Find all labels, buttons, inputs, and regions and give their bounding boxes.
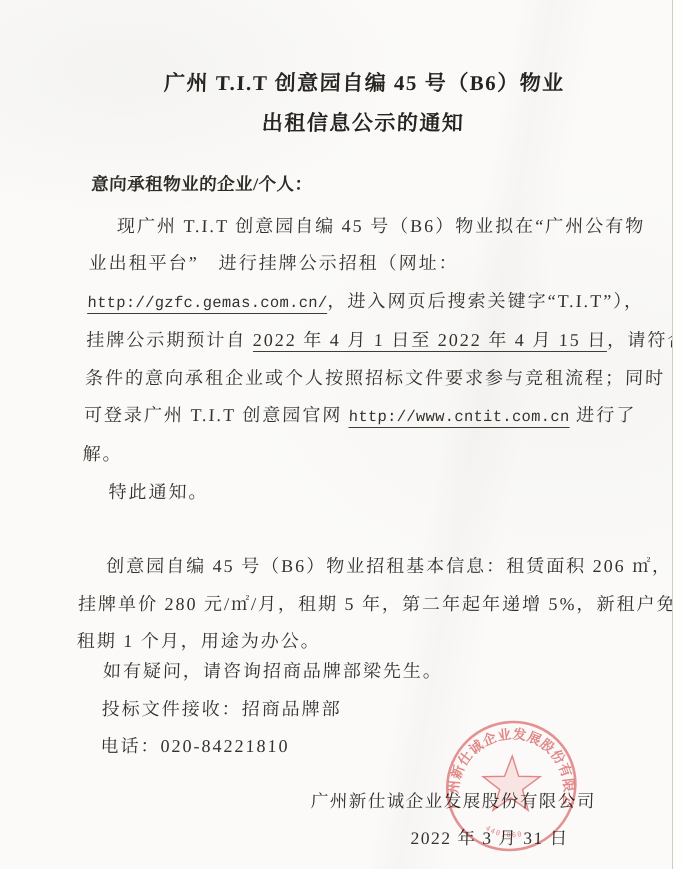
document-title-line-1: 广州 T.I.T 创意园自编 45 号（B6）物业 — [94, 68, 635, 98]
document-title-line-2: 出租信息公示的通知 — [93, 108, 634, 138]
text-segment: ，请符合 — [607, 330, 682, 350]
text-line: http://gzfc.gemas.com.cn/，进入网页后搜索关键字“T.I… — [87, 283, 628, 322]
text-line: 创意园自编 45 号（B6）物业招租基本信息：租赁面积 206 ㎡， — [79, 548, 620, 585]
paragraph-lease-info: 创意园自编 45 号（B6）物业招租基本信息：租赁面积 206 ㎡， 挂牌单价 … — [76, 548, 620, 660]
scan-edge-margin — [673, 0, 682, 869]
text-line: 现广州 T.I.T 创意园自编 45 号（B6）物业拟在“广州公有物 — [89, 208, 630, 245]
text-line: 挂牌公示期预计自 2022 年 4 月 1 日至 2022 年 4 月 15 日… — [86, 322, 627, 359]
cntit-official-url-link[interactable]: http://www.cntit.com.cn — [348, 408, 569, 428]
text-segment: ，进入网页后搜索关键字“T.I.T”）， — [327, 291, 644, 311]
svg-text:4401060: 4401060 — [484, 824, 524, 839]
text-line: 挂牌单价 280 元/㎡/月，租期 5 年，第二年起年递增 5%，新租户免 — [77, 586, 618, 623]
gzfc-platform-url-link[interactable]: http://gzfc.gemas.com.cn/ — [87, 294, 328, 314]
scanned-notice-page: { "document": { "title_line1": "广州 T.I.T… — [0, 0, 682, 869]
text-line: 解。 — [82, 436, 623, 473]
paragraph-announcement: 现广州 T.I.T 创意园自编 45 号（B6）物业拟在“广州公有物 业出租平台… — [82, 208, 630, 474]
text-segment: 进行了 — [569, 405, 636, 425]
company-seal-stamp: 广州新仕诚企业发展股份有限公司 4401060 — [441, 712, 582, 864]
seal-serial-code: 4401060 — [484, 824, 524, 839]
text-line: 可登录广州 T.I.T 创意园官网 http://www.cntit.com.c… — [83, 397, 624, 436]
scanned-sheet: 广州 T.I.T 创意园自编 45 号（B6）物业 出租信息公示的通知 意向承租… — [0, 0, 682, 869]
notice-closing-line: 特此通知。 — [81, 474, 622, 511]
text-line: 条件的意向承租企业或个人按照招标文件要求参与竞租流程；同时 — [85, 360, 626, 397]
text-segment: 挂牌公示期预计自 — [86, 330, 253, 350]
text-line: 业出租平台” 进行挂牌公示招租（网址： — [88, 245, 629, 282]
salutation: 意向承租物业的企业/个人： — [91, 172, 632, 196]
scan-edge-line — [672, 0, 673, 869]
contact-inquiry-line: 如有疑问，请咨询招商品牌部梁先生。 — [75, 653, 616, 690]
listing-period-dates: 2022 年 4 月 1 日至 2022 年 4 月 15 日 — [252, 330, 607, 352]
seal-star-icon — [482, 756, 541, 810]
text-segment: 可登录广州 T.I.T 创意园官网 — [84, 405, 349, 425]
